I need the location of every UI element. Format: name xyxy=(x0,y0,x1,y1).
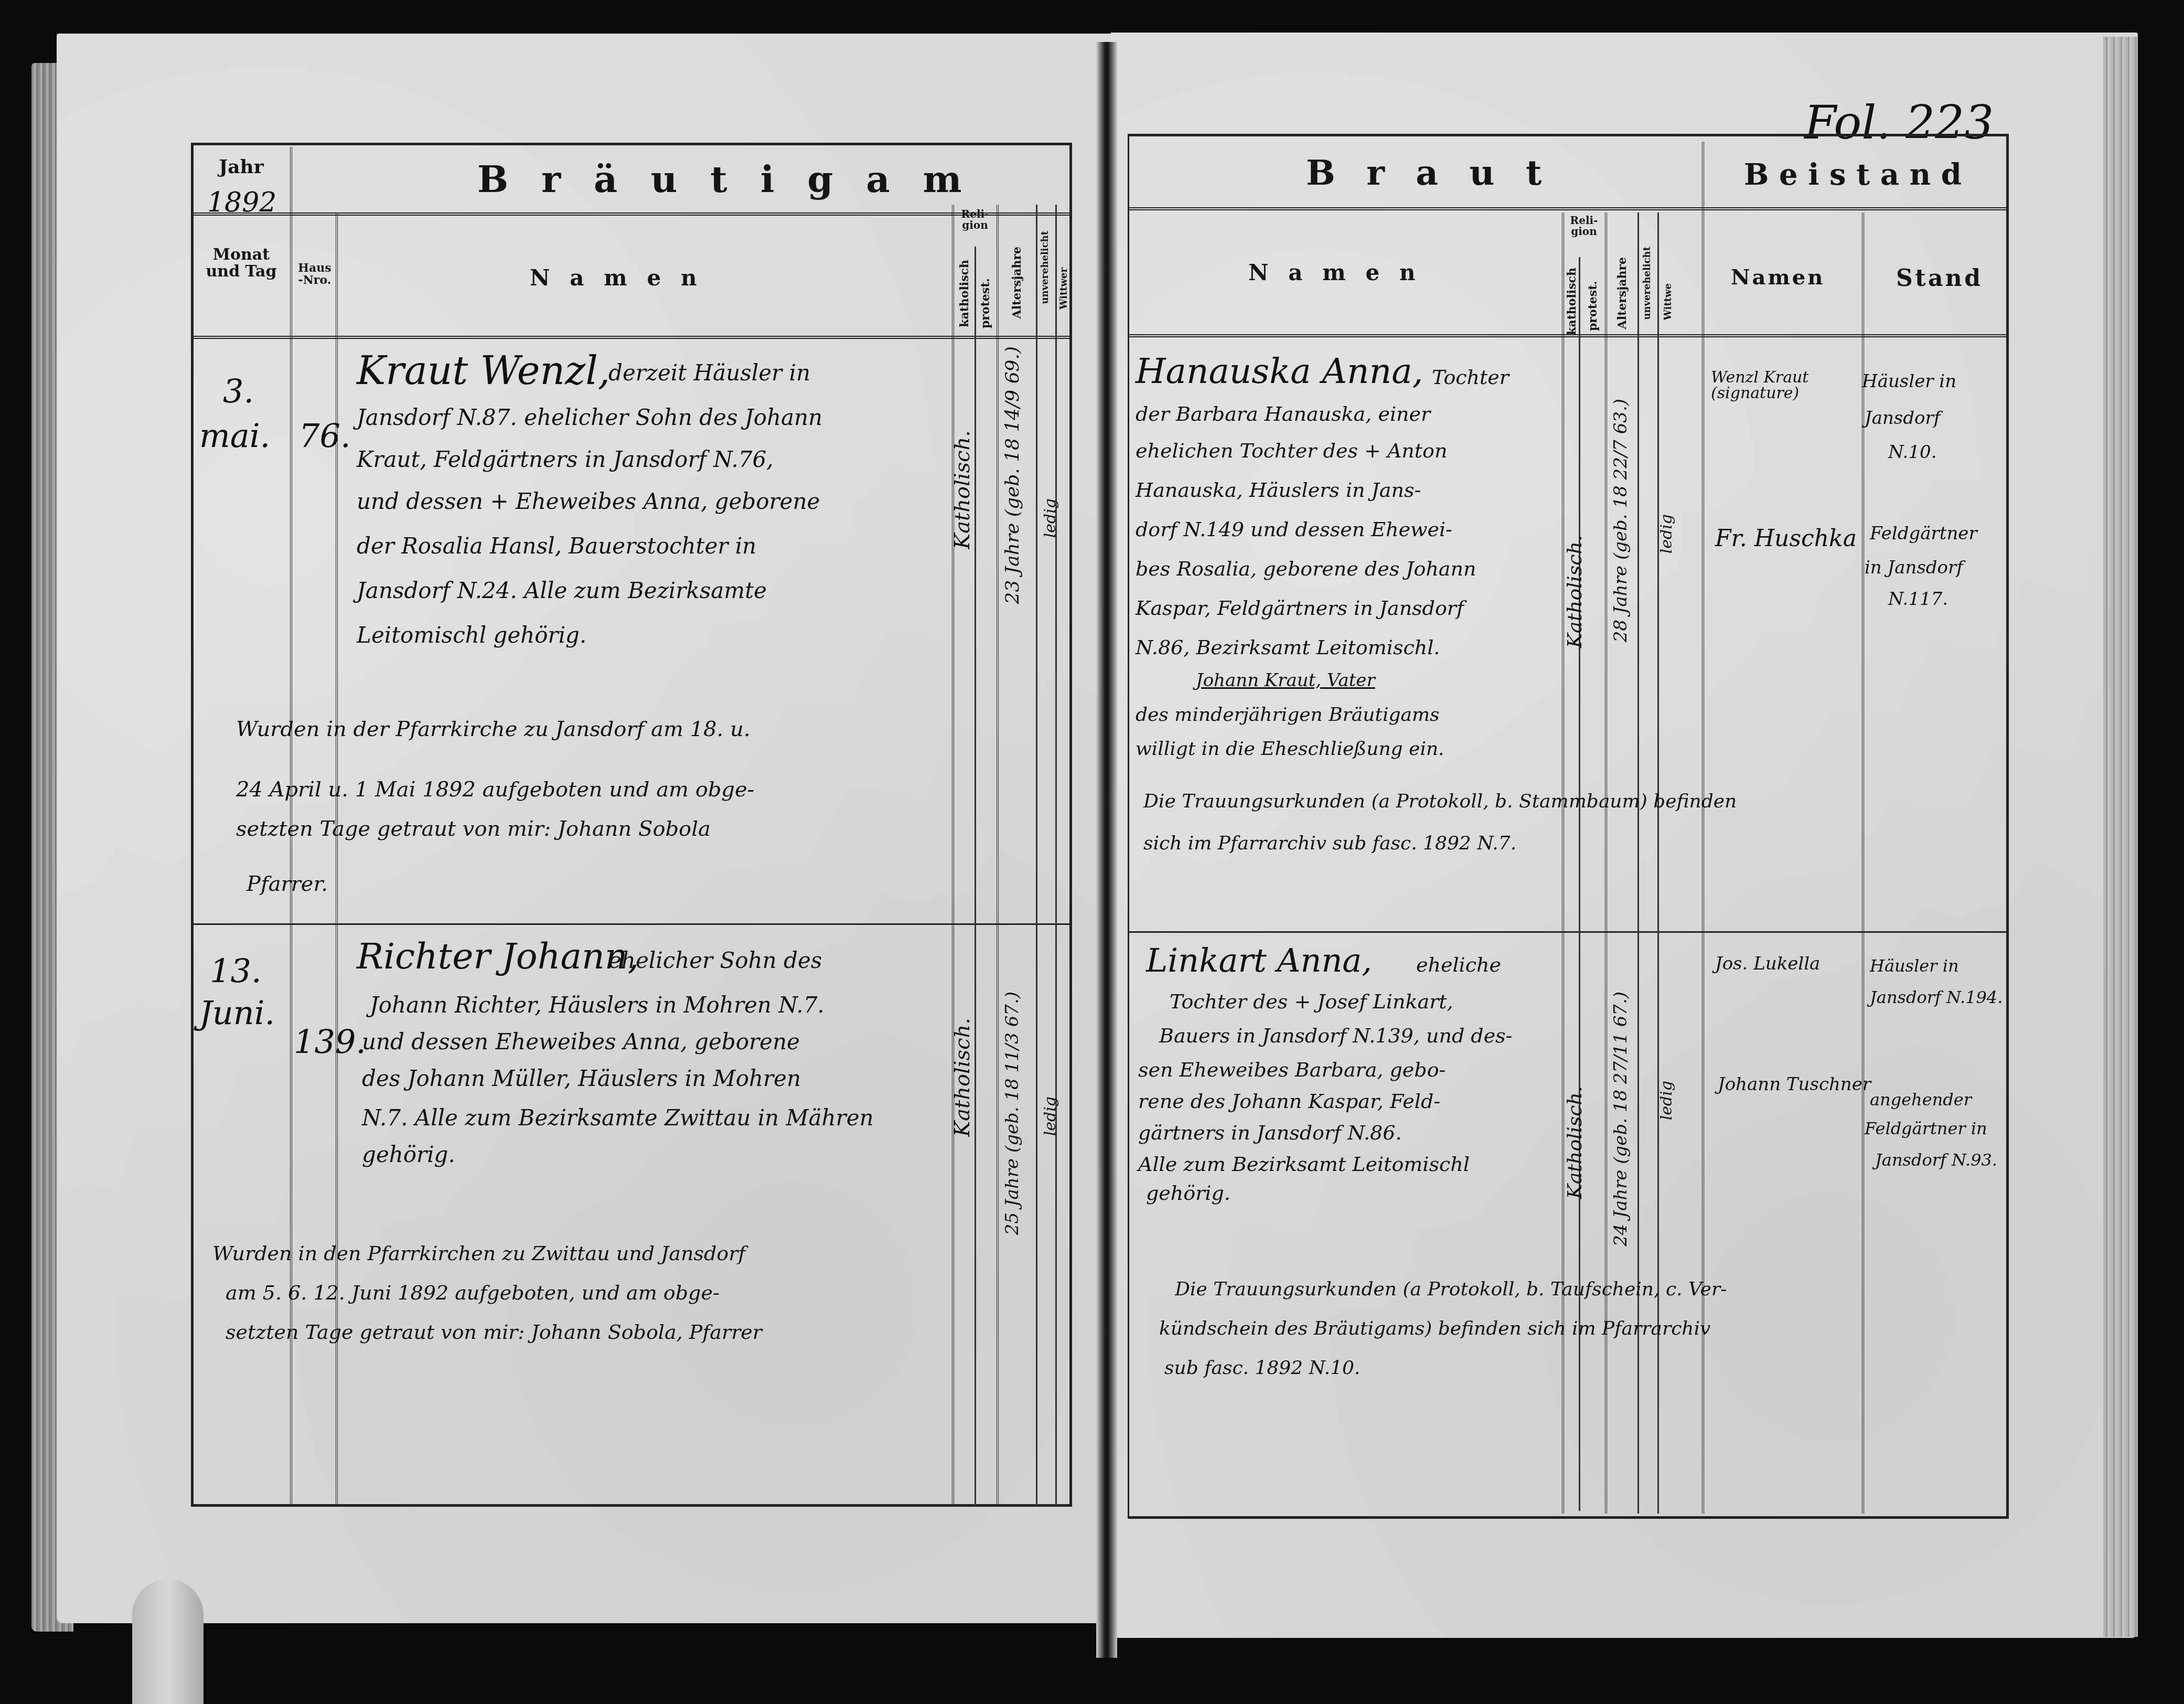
groom-katholisch-label: katholisch xyxy=(958,260,971,327)
father-consent-line: Johann Kraut, Vater xyxy=(1196,672,1375,689)
groom-text-line: der Rosalia Hansl, Bauerstochter in xyxy=(357,535,756,557)
bride-unverehelicht-label: unverehelicht xyxy=(1642,247,1653,320)
groom-text-line: Kraut, Feldgärtners in Jansdorf N.76, xyxy=(357,449,774,471)
witness-stand-line: Jansdorf N.194. xyxy=(1870,989,2003,1006)
witness-stand-line: Häusler in xyxy=(1870,957,1959,974)
banns-note-line: Pfarrer. xyxy=(247,874,328,894)
bride-text-line: dorf N.149 und dessen Ehewei- xyxy=(1136,519,1452,539)
documents-note-line: sub fasc. 1892 N.10. xyxy=(1164,1359,1360,1378)
groom-section-title: Bräutigam xyxy=(477,157,995,201)
groom-religion: Katholisch. xyxy=(950,1018,975,1137)
bride-text-line: rene des Johann Kaspar, Feld- xyxy=(1138,1091,1440,1111)
monat-tag-label: Monat und Tag xyxy=(199,247,283,280)
bride-text-line: Bauers in Jansdorf N.139, und des- xyxy=(1159,1026,1512,1046)
witness-stand-line: N.117. xyxy=(1888,590,1948,608)
groom-text-line: derzeit Häusler in xyxy=(608,362,810,384)
house-number: 139. xyxy=(294,1026,366,1058)
bride-religion-label: Reli-gion xyxy=(1563,215,1605,237)
groom-religion-label: Reli-gion xyxy=(954,209,997,231)
bride-namen-label: Namen xyxy=(1248,260,1435,285)
bride-age: 28 Jahre (geb. 18 22/7 63.) xyxy=(1610,399,1631,642)
witness-stand-line: Feldgärtner in xyxy=(1865,1120,1987,1137)
wooden-bookmark xyxy=(132,1579,204,1704)
bride-protest-label: protest. xyxy=(1586,281,1600,331)
groom-protest-label: protest. xyxy=(979,278,992,328)
bride-name: Hanauska Anna, xyxy=(1136,354,1423,389)
beistand-section-title: Beistand xyxy=(1744,157,1972,192)
bride-name: Linkart Anna, xyxy=(1146,944,1372,977)
groom-religion: Katholisch. xyxy=(950,430,975,549)
documents-note-line: Die Trauungsurkunden (a Protokoll, b. Ta… xyxy=(1175,1280,1727,1299)
bride-text-line: sen Eheweibes Barbara, gebo- xyxy=(1138,1060,1446,1080)
bride-age: 24 Jahre (geb. 18 27/11 67.) xyxy=(1610,992,1631,1247)
banns-note-line: Wurden in den Pfarrkirchen zu Zwittau un… xyxy=(212,1243,745,1263)
witness-stand-line: Jansdorf xyxy=(1865,409,1940,427)
bride-text-line: gehörig. xyxy=(1146,1183,1230,1203)
groom-text-line: des Johann Müller, Häuslers in Mohren xyxy=(362,1068,801,1090)
bride-religion: Katholisch. xyxy=(1563,535,1586,648)
house-number: 76. xyxy=(299,420,351,452)
banns-note-line: setzten Tage getraut von mir: Johann Sob… xyxy=(236,818,711,839)
banns-note-line: am 5. 6. 12. Juni 1892 aufgeboten, und a… xyxy=(226,1283,720,1303)
groom-age: 23 Jahre (geb. 18 14/9 69.) xyxy=(1002,346,1023,604)
documents-note-line: kündschein des Bräutigams) befinden sich… xyxy=(1159,1319,1710,1338)
bride-text-line: ehelichen Tochter des + Anton xyxy=(1136,441,1447,461)
groom-text-line: und dessen + Eheweibes Anna, geborene xyxy=(357,491,820,513)
groom-status: ledig xyxy=(1041,1096,1059,1136)
bride-text-line: Kaspar, Feldgärtners in Jansdorf xyxy=(1136,598,1464,618)
groom-wittwer-label: Wittwer xyxy=(1058,268,1069,310)
haus-nro-label: Haus-Nro. xyxy=(298,262,331,286)
groom-text-line: Jansdorf N.87. ehelicher Sohn des Johann xyxy=(357,407,822,429)
groom-text-line: Leitomischl gehörig. xyxy=(357,624,586,646)
witness-name: Johann Tuschner xyxy=(1718,1075,1871,1093)
groom-text-line: und dessen Eheweibes Anna, geborene xyxy=(362,1031,800,1053)
witness-stand-line: Häusler in xyxy=(1862,372,1956,390)
bride-religion: Katholisch. xyxy=(1563,1086,1586,1199)
witness-stand-line: angehender xyxy=(1870,1091,1972,1108)
groom-namen-label: Namen xyxy=(530,265,716,291)
banns-note-line: setzten Tage getraut von mir: Johann Sob… xyxy=(226,1322,762,1342)
bride-text-line: N.86, Bezirksamt Leitomischl. xyxy=(1136,637,1440,657)
groom-age: 25 Jahre (geb. 18 11/3 67.) xyxy=(1002,992,1023,1235)
bride-text-line: gärtners in Jansdorf N.86. xyxy=(1138,1123,1402,1143)
book-gutter xyxy=(1096,42,1117,1658)
documents-note-line: sich im Pfarrarchiv sub fasc. 1892 N.7. xyxy=(1143,834,1516,853)
groom-status: ledig xyxy=(1041,498,1059,538)
beistand-stand-label: Stand xyxy=(1896,265,1983,292)
bride-status: ledig xyxy=(1657,1081,1676,1120)
groom-name: Kraut Wenzl, xyxy=(357,352,610,390)
beistand-namen-label: Namen xyxy=(1731,265,1825,290)
jahr-label: Jahr xyxy=(202,157,281,177)
entry-month: Juni. xyxy=(199,997,275,1029)
bride-status: ledig xyxy=(1657,514,1676,553)
book-page-edges-right xyxy=(2103,37,2138,1637)
groom-name: Richter Johann, xyxy=(357,939,639,975)
groom-text-line: Jansdorf N.24. Alle zum Bezirksamte xyxy=(357,580,767,602)
bride-text-line: Alle zum Bezirksamt Leitomischl xyxy=(1138,1154,1470,1174)
bride-text-line: Hanauska, Häuslers in Jans- xyxy=(1136,480,1421,500)
bride-text-line: Tochter des + Josef Linkart, xyxy=(1170,992,1453,1011)
bride-section-title: Braut xyxy=(1306,152,1573,193)
father-consent-line: willigt in die Eheschließung ein. xyxy=(1136,740,1444,759)
bride-katholisch-label: katholisch xyxy=(1565,268,1579,335)
entry-day: 3. xyxy=(223,375,254,408)
witness-name: Fr. Huschka xyxy=(1715,527,1857,550)
witness-stand-line: Jansdorf N.93. xyxy=(1875,1152,1997,1168)
bride-wittwe-label: Wittwe xyxy=(1663,283,1674,320)
banns-note-line: 24 April u. 1 Mai 1892 aufgeboten und am… xyxy=(236,779,754,800)
witness-stand-line: N.10. xyxy=(1888,443,1936,461)
bride-text-line: eheliche xyxy=(1416,955,1501,975)
groom-text-line: N.7. Alle zum Bezirksamte Zwittau in Mäh… xyxy=(362,1107,874,1129)
groom-text-line: gehörig. xyxy=(362,1144,455,1166)
bride-altersjahre-label: Altersjahre xyxy=(1615,257,1629,329)
bride-text-line: bes Rosalia, geborene des Johann xyxy=(1136,559,1476,579)
banns-note-line: Wurden in der Pfarrkirche zu Jansdorf am… xyxy=(236,719,750,740)
entry-month: mai. xyxy=(199,420,270,452)
groom-text-line: ehelicher Sohn des xyxy=(608,950,822,972)
entry-day: 13. xyxy=(210,955,262,987)
witness-name: Wenzl Kraut (signature) xyxy=(1711,370,1858,401)
groom-text-line: Johann Richter, Häuslers in Mohren N.7. xyxy=(370,994,825,1016)
witness-stand-line: in Jansdorf xyxy=(1865,559,1963,577)
father-consent-line: des minderjährigen Bräutigams xyxy=(1136,706,1440,725)
documents-note-line: Die Trauungsurkunden (a Protokoll, b. St… xyxy=(1143,792,1737,811)
groom-altersjahre-label: Altersjahre xyxy=(1010,247,1024,318)
jahr-value: 1892 xyxy=(207,189,276,216)
groom-unverehelicht-label: unverehelicht xyxy=(1040,231,1051,304)
witness-stand-line: Feldgärtner xyxy=(1870,525,1977,542)
witness-name: Jos. Lukella xyxy=(1715,955,1820,973)
bride-text-line: Tochter xyxy=(1432,367,1509,387)
bride-text-line: der Barbara Hanauska, einer xyxy=(1136,404,1430,424)
